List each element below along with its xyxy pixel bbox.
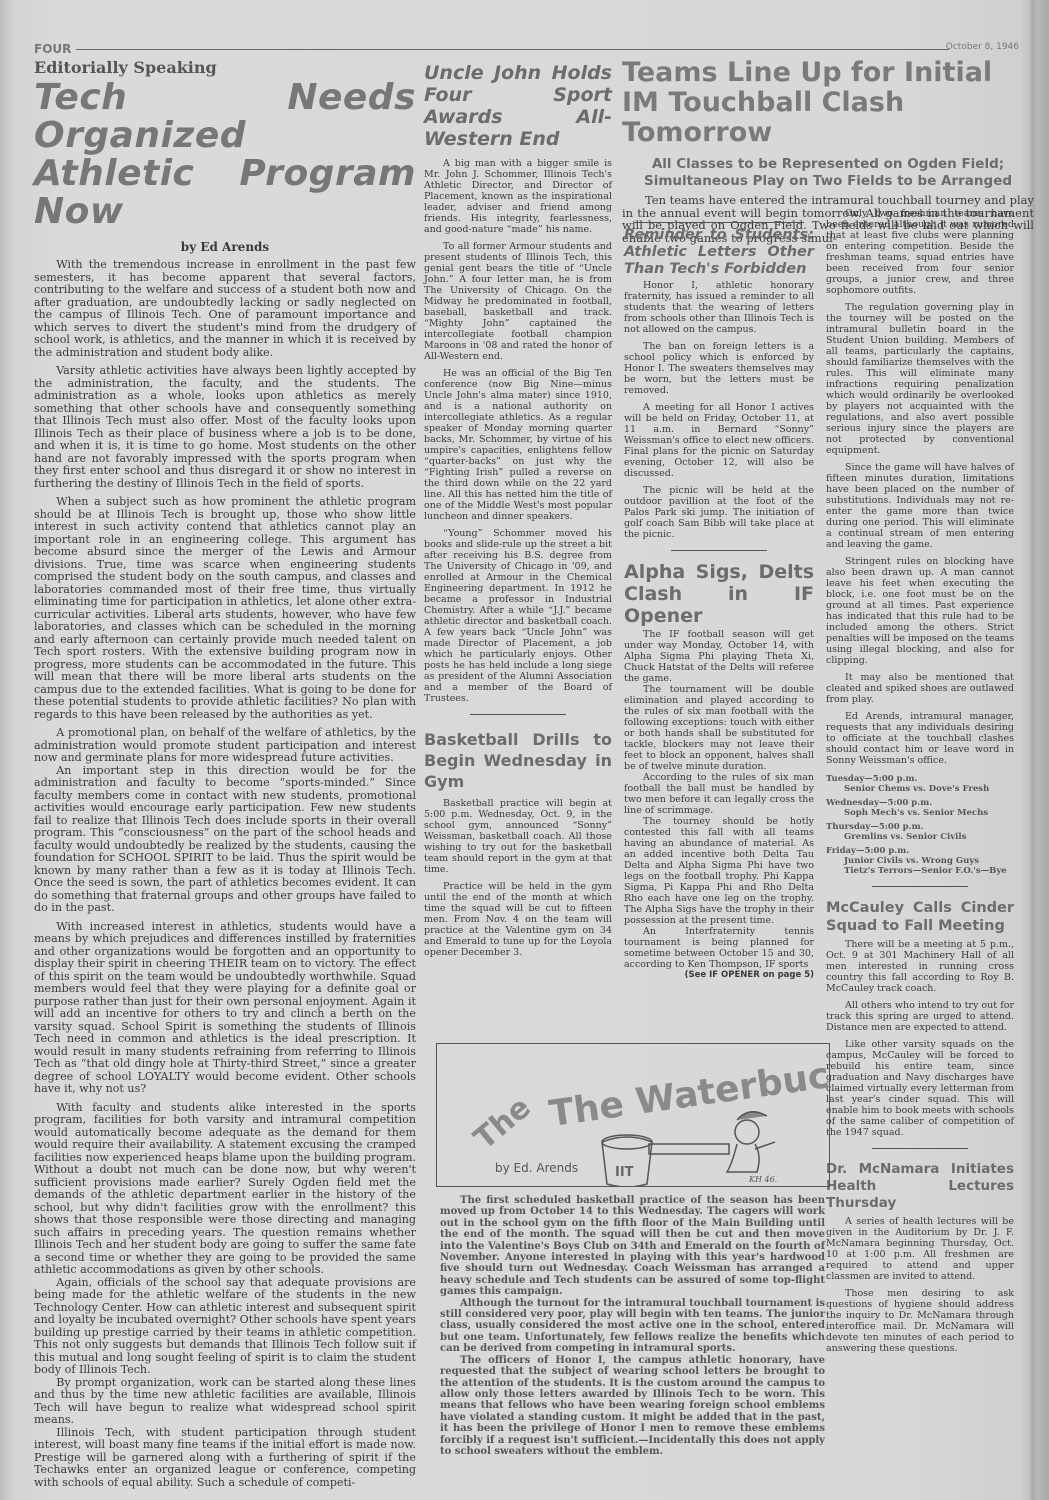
artist-signature: KH 46. <box>748 1175 777 1184</box>
touchball-paragraph: The regulation governing play in the tou… <box>826 302 1014 456</box>
touchball-continued: Only two freshman teams have been entere… <box>826 208 1014 1354</box>
waterbucket-cartoon: The The Waterbucket IIT by Ed. Arends KH… <box>437 1044 829 1186</box>
folio-line: FOUR October 8, 1946 <box>34 40 1019 56</box>
if-opener-paragraph: According to the rules of six man footba… <box>624 772 814 816</box>
waterbucket-column-header: The The Waterbucket IIT by Ed. Arends KH… <box>436 1043 830 1187</box>
basketball-paragraph: Practice will be held in the gym until t… <box>424 881 612 958</box>
reminder-paragraph: Honor I, athletic honorary fraternity, h… <box>624 280 814 335</box>
schedule-game: Tietz's Terrors—Senior F.O.'s—Bye <box>826 866 1014 876</box>
schedule-game: Gremlins vs. Senior Civils <box>826 832 1014 842</box>
mccauley-paragraph: Like other varsity squads on the campus,… <box>826 1039 1014 1138</box>
uncle-john-headline: Uncle John Holds Four Sport Awards All-W… <box>424 62 612 150</box>
newspaper-page: FOUR October 8, 1946 Editorially Speakin… <box>0 0 1049 1500</box>
cartoon-title-waterbucket: The Waterbucket <box>547 1046 829 1135</box>
schedule-game: Soph Mech's vs. Senior Mechs <box>826 808 1014 818</box>
uncle-john-paragraph: “Young” Schommer moved his books and sli… <box>424 528 612 704</box>
schedule-day: Tuesday—5:00 p.m. <box>826 774 1014 784</box>
touchball-paragraph: Stringent rules on blocking have also be… <box>826 556 1014 666</box>
waterbucket-article: The first scheduled basketball practice … <box>440 1195 825 1457</box>
editorial-paragraph: With the tremendous increase in enrollme… <box>34 259 416 359</box>
reminder-headline: Reminder to Students: Athletic Letters O… <box>624 227 814 278</box>
schedule-day: Wednesday—5:00 p.m. <box>826 798 1014 808</box>
reminder-paragraph: The picnic will be held at the outdoor p… <box>624 485 814 540</box>
editorial-paragraph: By prompt organization, work can be star… <box>34 1377 416 1427</box>
if-opener-paragraph: The tourney should be hotly contested th… <box>624 816 814 926</box>
reminder-article: Reminder to Students: Athletic Letters O… <box>624 222 814 981</box>
editorial-paragraph: With increased interest in athletics, st… <box>34 921 416 1096</box>
section-divider <box>671 550 767 551</box>
touchball-schedule: Tuesday—5:00 p.m. Senior Chems vs. Dove'… <box>826 774 1014 876</box>
mcnamara-paragraph: A series of health lectures will be give… <box>826 1216 1014 1282</box>
waterboy-figure-icon <box>727 1112 775 1172</box>
editorial-headline: Tech Needs Organized Athletic Program No… <box>34 79 416 231</box>
editorial-byline: by Ed Arends <box>34 241 416 254</box>
schedule-day: Thursday—5:00 p.m. <box>826 822 1014 832</box>
uncle-john-paragraph: He was an official of the Big Ten confer… <box>424 368 612 522</box>
editorial-paragraph: Illinois Tech, with student participatio… <box>34 1427 416 1490</box>
touchball-headline: Teams Line Up for Initial IM Touchball C… <box>622 58 1034 148</box>
reminder-paragraph: A meeting for all Honor I actives will b… <box>624 402 814 479</box>
page-number: FOUR <box>34 42 71 56</box>
if-opener-paragraph: An Interfraternity tennis tournament is … <box>624 926 814 970</box>
editorial-paragraph: A promotional plan, on behalf of the wel… <box>34 727 416 765</box>
uncle-john-article: Uncle John Holds Four Sport Awards All-W… <box>424 62 612 958</box>
if-opener-headline: Alpha Sigs, Delts Clash in IF Opener <box>624 561 814 627</box>
editorial-paragraph: Again, officials of the school say that … <box>34 1277 416 1377</box>
touchball-paragraph: Since the game will have halves of fifte… <box>826 462 1014 550</box>
waterbucket-paragraph: The first scheduled basketball practice … <box>440 1195 825 1298</box>
if-opener-paragraph: The tournament will be double eliminatio… <box>624 684 814 772</box>
bucket-label: IIT <box>615 1165 634 1180</box>
folio-rule <box>76 49 949 50</box>
waterbucket-paragraph: Although the turnout for the intramural … <box>440 1298 825 1355</box>
editorial-paragraph: An important step in this direction woul… <box>34 765 416 915</box>
uncle-john-paragraph: A big man with a bigger smile is Mr. Joh… <box>424 158 612 235</box>
schedule-game: Senior Chems vs. Dove's Fresh <box>826 784 1014 794</box>
section-divider <box>872 886 968 887</box>
cartoon-title-the: The <box>468 1090 538 1157</box>
basketball-paragraph: Basketball practice will begin at 5:00 p… <box>424 798 612 875</box>
section-divider <box>872 1148 968 1149</box>
editorial-paragraph: With faculty and students alike interest… <box>34 1102 416 1277</box>
editorial-article: Editorially Speaking Tech Needs Organize… <box>34 62 416 1489</box>
editorial-paragraph: When a subject such as how prominent the… <box>34 496 416 721</box>
if-opener-paragraph: The IF football season will get under wa… <box>624 629 814 684</box>
section-divider <box>470 714 566 715</box>
waterbucket-paragraph: The officers of Honor I, the campus athl… <box>440 1355 825 1458</box>
reminder-paragraph: The ban on foreign letters is a school p… <box>624 341 814 396</box>
cartoon-byline: by Ed. Arends <box>495 1161 578 1175</box>
basketball-headline: Basketball Drills to Begin Wednesday in … <box>424 729 612 792</box>
mccauley-headline: McCauley Calls Cinder Squad to Fall Meet… <box>826 899 1014 935</box>
uncle-john-paragraph: To all former Armour students and presen… <box>424 241 612 362</box>
issue-date: October 8, 1946 <box>946 42 1019 52</box>
editorial-paragraph: Varsity athletic activities have always … <box>34 365 416 490</box>
mcnamara-headline: Dr. McNamara Initiates Health Lectures T… <box>826 1161 1014 1212</box>
mcnamara-paragraph: Those men desiring to ask questions of h… <box>826 1288 1014 1354</box>
touchball-subhead: All Classes to be Represented on Ogden F… <box>622 156 1034 190</box>
touchball-paragraph: It may also be mentioned that cleated an… <box>826 672 1014 705</box>
mccauley-paragraph: There will be a meeting at 5 p.m., Oct. … <box>826 939 1014 994</box>
touchball-paragraph: Ed Arends, intramural manager, requests … <box>826 711 1014 766</box>
schedule-game: Junior Civils vs. Wrong Guys <box>826 856 1014 866</box>
mccauley-paragraph: All others who intend to try out for tra… <box>826 1000 1014 1033</box>
schedule-day: Friday—5:00 p.m. <box>826 846 1014 856</box>
touchball-paragraph: Only two freshman teams have been entere… <box>826 208 1014 296</box>
section-divider <box>634 222 804 223</box>
continued-jump-link[interactable]: (See IF OPENER on page 5) <box>624 970 814 981</box>
editorial-kicker: Editorially Speaking <box>34 62 416 75</box>
